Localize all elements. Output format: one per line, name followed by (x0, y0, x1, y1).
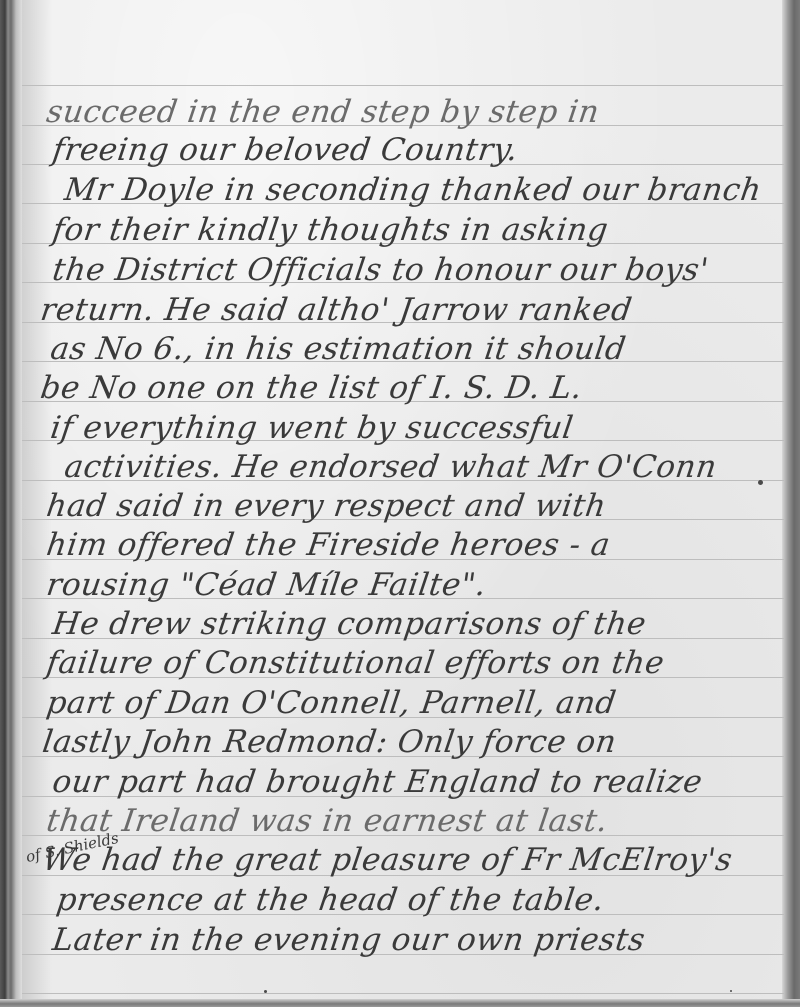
text-line-7: as No 6., in his estimation it should (48, 329, 629, 369)
text-line-6: return. He said altho' Jarrow ranked (38, 290, 635, 330)
text-line-16: part of Dan O'Connell, Parnell, and (44, 683, 619, 723)
text-line-21: presence at the head of the table. (54, 880, 607, 920)
text-line-2: freeing our beloved Country. (50, 130, 521, 170)
notebook-page: succeed in the end step by step in freei… (0, 0, 800, 1007)
text-line-14: He drew striking comparisons of the (50, 604, 649, 644)
text-line-19: that Ireland was in earnest at last. (44, 801, 610, 841)
text-line-13: rousing "Céad Míle Failte". (44, 565, 489, 605)
text-line-17: lastly John Redmond: Only force on (40, 722, 619, 762)
text-line-15: failure of Constitutional efforts on the (44, 643, 667, 683)
text-line-10: activities. He endorsed what Mr O'Conn (62, 447, 719, 487)
text-line-4: for their kindly thoughts in asking (50, 210, 611, 250)
text-line-20: We had the great pleasure of Fr McElroy'… (40, 840, 735, 880)
ink-speck (264, 990, 267, 993)
text-line-3: Mr Doyle in seconding thanked our branch (62, 170, 764, 210)
text-line-11: had said in every respect and with (44, 486, 609, 526)
text-line-12: him offered the Fireside heroes - a (44, 525, 613, 565)
ink-speck (730, 990, 732, 992)
handwritten-text: succeed in the end step by step in freei… (0, 0, 800, 1007)
text-line-5: the District Officials to honour our boy… (50, 250, 711, 290)
text-line-9: if everything went by successful (48, 408, 576, 448)
text-line-22: Later in the evening our own priests (50, 920, 648, 960)
text-line-8: be No one on the list of I. S. D. L. (38, 368, 585, 408)
text-line-18: our part had brought England to realize (50, 762, 705, 802)
text-line-1: succeed in the end step by step in (44, 92, 602, 132)
ink-speck (758, 480, 763, 485)
